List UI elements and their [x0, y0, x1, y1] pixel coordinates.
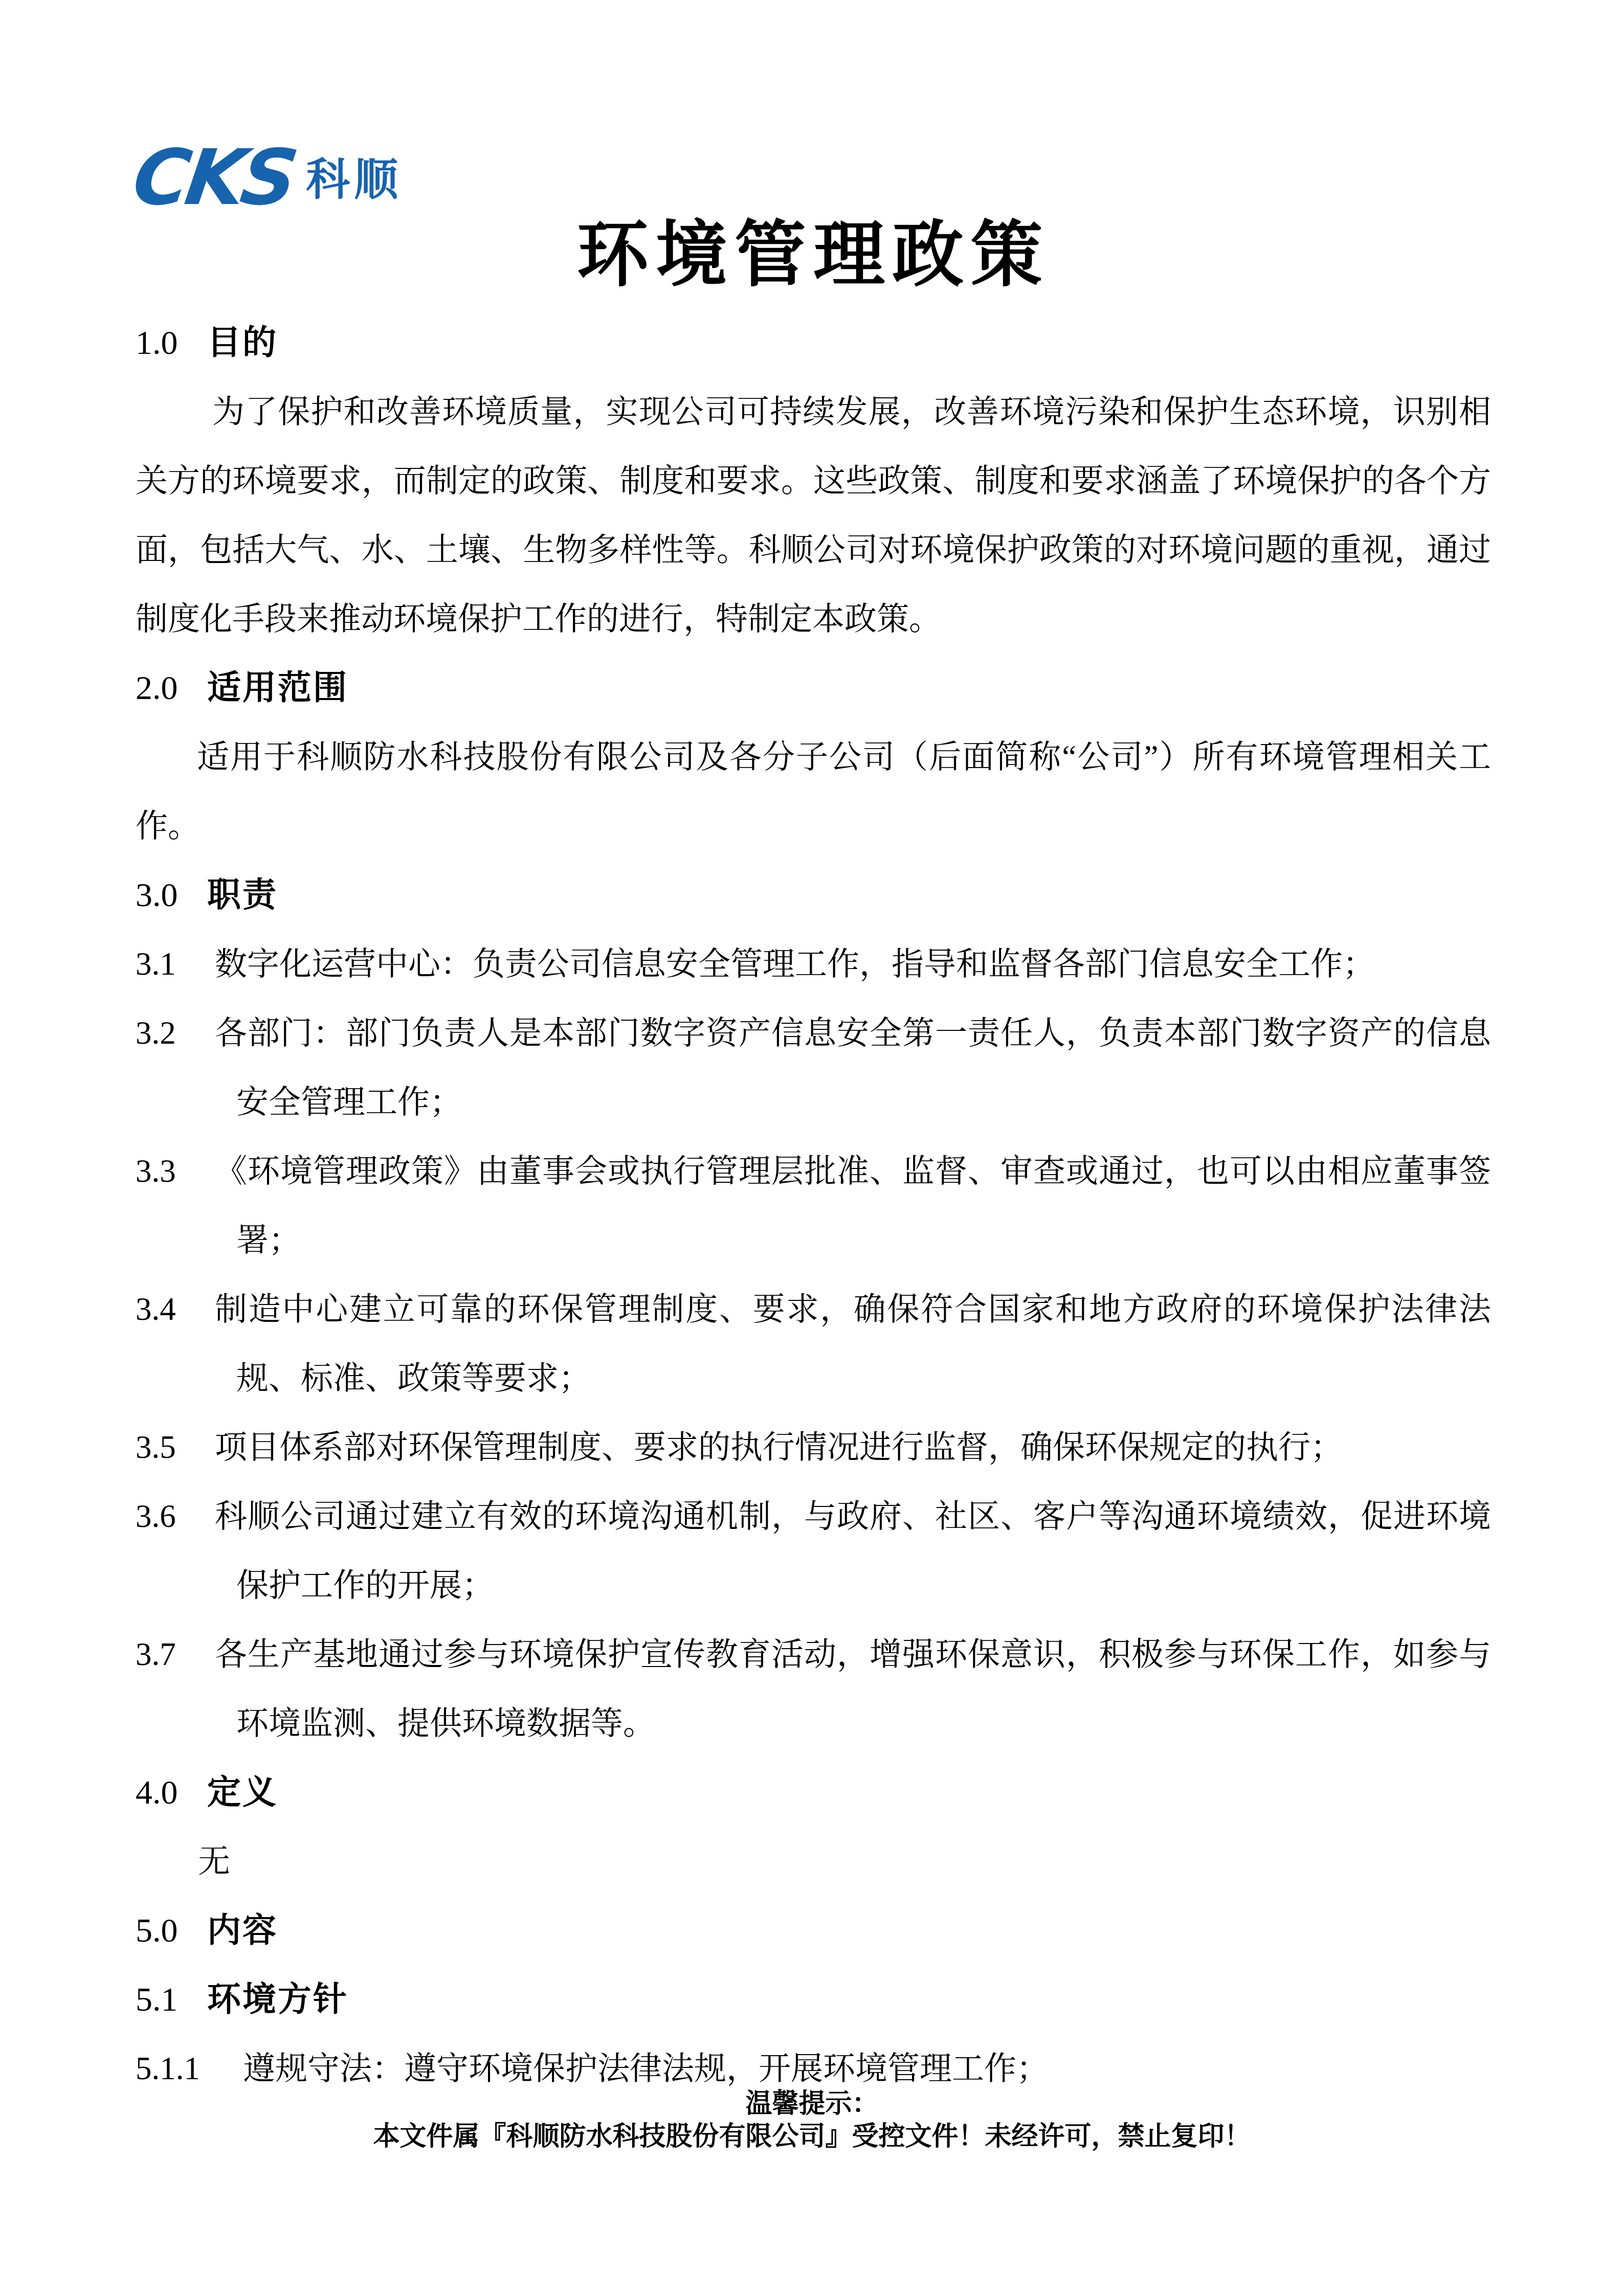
section-label: 目的 [207, 324, 278, 362]
definitions-none-text: 无 [136, 1827, 1491, 1896]
responsibility-item: 3.7 各生产基地通过参与环境保护宣传教育活动，增强环保意识，积极参与环保工作，… [136, 1620, 1491, 1758]
purpose-paragraph: 为了保护和改善环境质量，实现公司可持续发展，改善环境污染和保护生态环境，识别相关… [136, 377, 1491, 654]
scope-paragraph: 适用于科顺防水科技股份有限公司及各分子公司（后面简称“公司”）所有环境管理相关工… [136, 723, 1491, 861]
section-heading-purpose: 1.0目的 [136, 308, 1491, 377]
section-heading-content: 5.0内容 [136, 1896, 1491, 1965]
item-number: 3.6 [136, 1482, 215, 1620]
responsibility-item: 3.1 数字化运营中心：负责公司信息安全管理工作，指导和监督各部门信息安全工作； [136, 930, 1491, 999]
section-label: 环境方针 [207, 1981, 348, 2018]
footer-note-title: 温馨提示： [0, 2088, 1624, 2121]
item-text: 数字化运营中心：负责公司信息安全管理工作，指导和监督各部门信息安全工作； [215, 930, 1491, 999]
document-content: 环境管理政策 1.0目的 为了保护和改善环境质量，实现公司可持续发展，改善环境污… [136, 0, 1491, 2103]
section-heading-scope: 2.0适用范围 [136, 654, 1491, 723]
responsibility-item: 3.5 项目体系部对环保管理制度、要求的执行情况进行监督，确保环保规定的执行； [136, 1413, 1491, 1482]
item-number: 3.2 [136, 999, 215, 1137]
section-number: 1.0 [136, 308, 207, 377]
section-number: 4.0 [136, 1758, 207, 1827]
page-footer: 温馨提示： 本文件属『科顺防水科技股份有限公司』受控文件！未经许可，禁止复印！ [0, 2088, 1624, 2153]
section-label: 定义 [207, 1774, 278, 1811]
section-label: 适用范围 [207, 669, 348, 707]
page-title: 环境管理政策 [136, 0, 1491, 299]
document-page: CKS 科顺 环境管理政策 1.0目的 为了保护和改善环境质量，实现公司可持续发… [0, 0, 1624, 2296]
footer-note-text: 本文件属『科顺防水科技股份有限公司』受控文件！未经许可，禁止复印！ [0, 2121, 1624, 2153]
responsibility-item: 3.4 制造中心建立可靠的环保管理制度、要求，确保符合国家和地方政府的环境保护法… [136, 1275, 1491, 1413]
item-number: 3.3 [136, 1137, 215, 1275]
section-label: 内容 [207, 1912, 278, 1949]
item-text: 《环境管理政策》由董事会或执行管理层批准、监督、审查或通过，也可以由相应董事签署… [215, 1137, 1491, 1275]
responsibility-item: 3.6 科顺公司通过建立有效的环境沟通机制，与政府、社区、客户等沟通环境绩效，促… [136, 1482, 1491, 1620]
responsibility-item: 3.3 《环境管理政策》由董事会或执行管理层批准、监督、审查或通过，也可以由相应… [136, 1137, 1491, 1275]
responsibility-item: 3.2 各部门：部门负责人是本部门数字资产信息安全第一责任人，负责本部门数字资产… [136, 999, 1491, 1137]
item-number: 3.7 [136, 1620, 215, 1758]
section-label: 职责 [207, 876, 278, 914]
section-heading-definitions: 4.0定义 [136, 1758, 1491, 1827]
item-text: 各生产基地通过参与环境保护宣传教育活动，增强环保意识，积极参与环保工作，如参与环… [215, 1620, 1491, 1758]
section-number: 2.0 [136, 654, 207, 723]
item-text: 各部门：部门负责人是本部门数字资产信息安全第一责任人，负责本部门数字资产的信息安… [215, 999, 1491, 1137]
section-heading-responsibilities: 3.0职责 [136, 861, 1491, 930]
item-text: 制造中心建立可靠的环保管理制度、要求，确保符合国家和地方政府的环境保护法律法规、… [215, 1275, 1491, 1413]
section-number: 5.1 [136, 1965, 207, 2034]
item-number: 3.4 [136, 1275, 215, 1413]
item-text: 项目体系部对环保管理制度、要求的执行情况进行监督，确保环保规定的执行； [215, 1413, 1491, 1482]
section-number: 3.0 [136, 861, 207, 930]
subsection-heading-env-policy: 5.1环境方针 [136, 1965, 1491, 2034]
item-number: 3.1 [136, 930, 215, 999]
item-number: 3.5 [136, 1413, 215, 1482]
item-text: 科顺公司通过建立有效的环境沟通机制，与政府、社区、客户等沟通环境绩效，促进环境保… [215, 1482, 1491, 1620]
section-number: 5.0 [136, 1896, 207, 1965]
